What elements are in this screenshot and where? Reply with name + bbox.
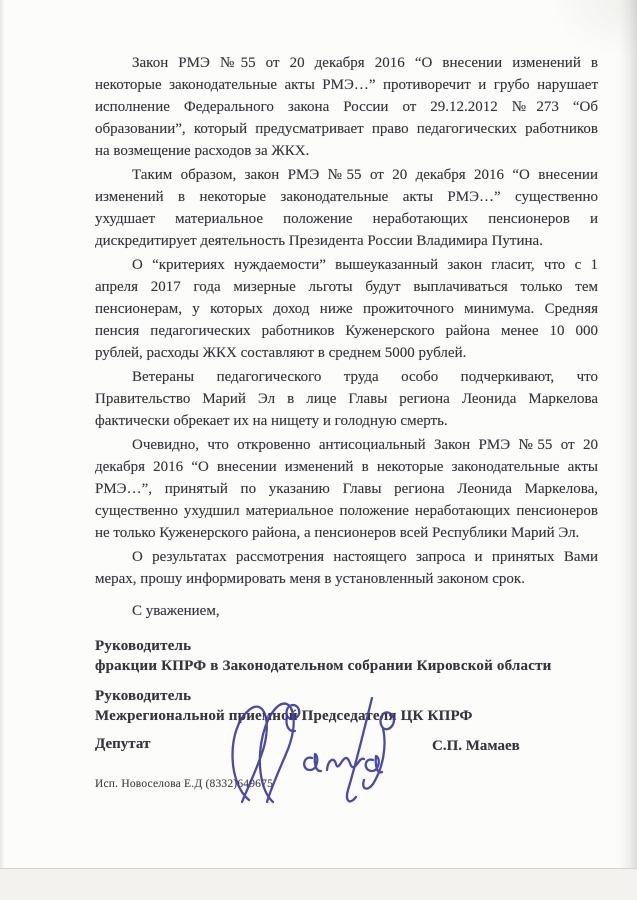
- text-line: не только Куженерского района, а пенсион…: [95, 522, 598, 544]
- text-line: О результатах рассмотрения настоящего за…: [95, 546, 598, 568]
- text-line: некоторые законодательные акты РМЭ…” про…: [95, 74, 598, 96]
- text-line: Правительство Марий Эл в лице Главы реги…: [95, 388, 598, 410]
- text-line: пенсия педагогических работников Куженер…: [95, 320, 598, 342]
- text-line: существенно ухудшил материальное положен…: [95, 500, 598, 522]
- text-line: пенсионерам, у которых доход ниже прожит…: [95, 298, 598, 320]
- signer-role-2: Руководитель Межрегиональной приемной Пр…: [95, 686, 598, 726]
- paragraph-5: Очевидно, что откровенно антисоциальный …: [95, 434, 598, 544]
- scan-edge-left: [0, 0, 5, 900]
- scan-edge-right: [619, 0, 637, 900]
- text-line: образовании”, который предусматривает пр…: [95, 118, 598, 140]
- text-line: рублей, расходы ЖКХ составляют в среднем…: [95, 342, 598, 364]
- position-label: Депутат: [95, 736, 150, 752]
- executor-note: Исп. Новоселова Е.Д (8332)649675: [95, 777, 598, 791]
- text-line: Таким образом, закон РМЭ №55 от 20 декаб…: [95, 164, 598, 186]
- paragraph-2: Таким образом, закон РМЭ №55 от 20 декаб…: [95, 164, 598, 252]
- paragraph-1: Закон РМЭ №55 от 20 декабря 2016 “О внес…: [95, 52, 598, 162]
- text-line: О “критериях нуждаемости” вышеуказанный …: [95, 254, 598, 276]
- scan-edge-bottom: [0, 868, 637, 900]
- text-line: Очевидно, что откровенно антисоциальный …: [95, 434, 598, 456]
- letter-body: Закон РМЭ №55 от 20 декабря 2016 “О внес…: [95, 0, 598, 791]
- text-line: фактически обрекает их на нищету и голод…: [95, 410, 598, 432]
- paragraph-3: О “критериях нуждаемости” вышеуказанный …: [95, 254, 598, 364]
- text-line: дискредитирует деятельность Президента Р…: [95, 230, 598, 252]
- text-line: декабря 2016 “О внесении изменений в нек…: [95, 456, 598, 478]
- closing-salutation: С уважением,: [95, 600, 598, 622]
- text-line: Закон РМЭ №55 от 20 декабря 2016 “О внес…: [95, 52, 598, 74]
- text-line: Ветераны педагогического труда особо под…: [95, 366, 598, 388]
- role-title-line: Межрегиональной приемной Председателя ЦК…: [95, 706, 598, 726]
- text-line: исполнение Федерального закона России от…: [95, 96, 598, 118]
- letter-page: Закон РМЭ №55 от 20 декабря 2016 “О внес…: [0, 0, 637, 900]
- text-line: РМЭ…”, принятый по указанию Главы регион…: [95, 478, 598, 500]
- signer-role-1: Руководитель фракции КПРФ в Законодатель…: [95, 636, 598, 676]
- text-line: изменений в некоторые законодательные ак…: [95, 186, 598, 208]
- role-title-line: Руководитель: [95, 636, 598, 656]
- text-line: мерах, прошу информировать меня в устано…: [95, 568, 598, 590]
- paragraph-4: Ветераны педагогического труда особо под…: [95, 366, 598, 432]
- signer-name: С.П. Мамаев: [432, 736, 520, 756]
- role-title-line: Руководитель: [95, 686, 598, 706]
- role-title-line: фракции КПРФ в Законодательном собрании …: [95, 656, 598, 676]
- text-line: апреля 2017 года мизерные льготы будут в…: [95, 276, 598, 298]
- text-line: на возмещение расходов за ЖКХ.: [95, 140, 598, 162]
- paragraph-6: О результатах рассмотрения настоящего за…: [95, 546, 598, 590]
- deputy-signature-row: Депутат С.П. Мамаев: [95, 734, 598, 754]
- text-line: ухудшает материальное положение неработа…: [95, 208, 598, 230]
